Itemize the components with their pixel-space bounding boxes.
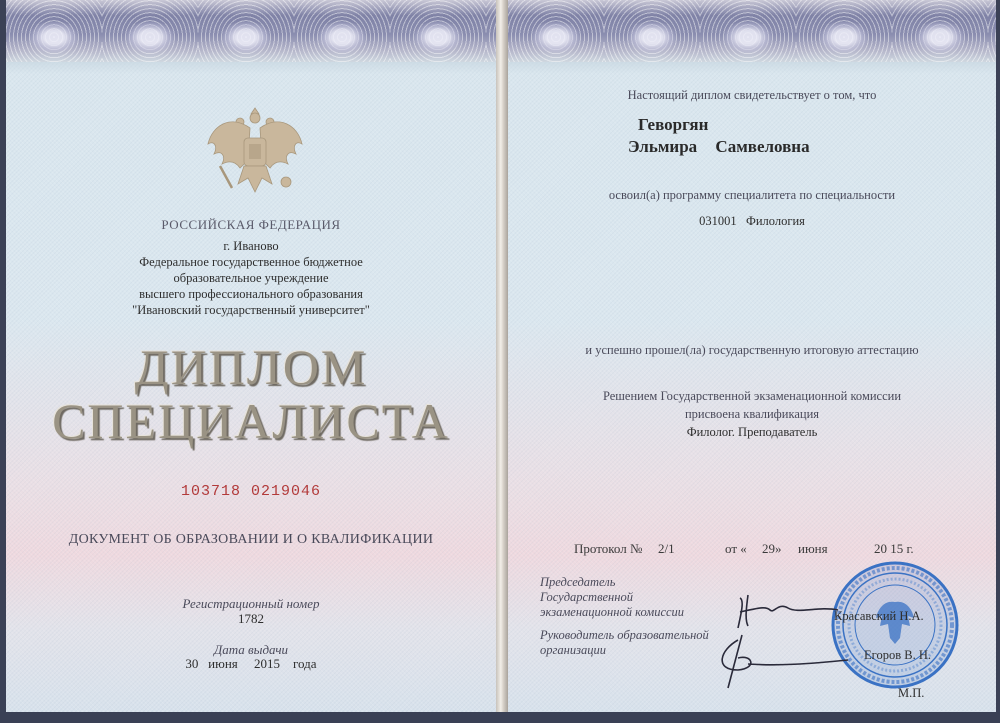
qualification-assigned: присвоена квалификация [508,407,996,422]
institution-line: образовательное учреждение [6,270,496,287]
protocol-number: 2/1 [658,541,675,557]
issue-year: 2015 [254,656,280,671]
country-name: РОССИЙСКАЯ ФЕДЕРАЦИЯ [6,217,496,233]
registration-number: 1782 [6,611,496,627]
protocol-label: Протокол № [574,541,642,557]
chairman-label-line: Государственной [540,590,633,605]
diploma-subtitle: СПЕЦИАЛИСТА [6,392,496,450]
institution-line: высшего профессионального образования [6,286,496,303]
binding-spine [496,0,508,723]
protocol-from: от « [725,541,747,557]
russian-coat-of-arms-icon [200,104,310,204]
diploma-title: ДИПЛОМ [6,338,496,396]
attestation-passed: и успешно прошел(ла) государственную ито… [508,343,996,358]
band-fade [6,62,496,74]
head-label-line: организации [540,643,606,658]
graduate-given-names: Эльмира Самвеловна [628,137,810,157]
qualification: Филолог. Преподаватель [508,425,996,440]
band-fade [508,62,996,74]
issue-day: 30 [185,656,198,671]
seal-mark: М.П. [898,686,924,701]
head-label-line: Руководитель образовательной [540,628,709,643]
protocol-day: 29» [762,541,782,557]
chairman-label-line: экзаменационной комиссии [540,605,684,620]
specialty-code: 031001 [699,214,737,228]
guilloche-band [508,0,996,62]
registration-label: Регистрационный номер [6,596,496,612]
commission-decision: Решением Государственной экзаменационной… [508,389,996,404]
issue-year-suffix: года [293,656,317,671]
institution-name: "Ивановский государственный университет" [6,302,496,319]
serial-number: 103718 0219046 [6,483,496,500]
protocol-month: июня [798,541,828,557]
left-page: РОССИЙСКАЯ ФЕДЕРАЦИЯ г. Иваново Федераль… [6,0,496,712]
specialty-name: Филология [746,214,805,228]
chairman-name: Красавский Н.А. [834,609,924,624]
issue-date: 30 июня 2015 года [6,656,496,672]
issue-month: июня [208,656,238,671]
cover-edge [0,712,1000,723]
right-page: Настоящий диплом свидетельствует о том, … [508,0,996,712]
signatures [718,580,918,700]
certification-intro: Настоящий диплом свидетельствует о том, … [508,88,996,103]
chairman-label-line: Председатель [540,575,615,590]
document-type: ДОКУМЕНТ ОБ ОБРАЗОВАНИИ И О КВАЛИФИКАЦИИ [6,532,496,548]
head-name: Егоров В. Н. [864,648,931,663]
protocol-year: 20 15 г. [874,541,914,557]
graduate-surname: Геворгян [638,115,708,135]
institution-city: г. Иваново [6,238,496,255]
institution-line: Федеральное государственное бюджетное [6,254,496,271]
specialty: 031001 Филология [508,214,996,229]
mastered-program: освоил(а) программу специалитета по спец… [508,188,996,203]
guilloche-band [6,0,496,62]
